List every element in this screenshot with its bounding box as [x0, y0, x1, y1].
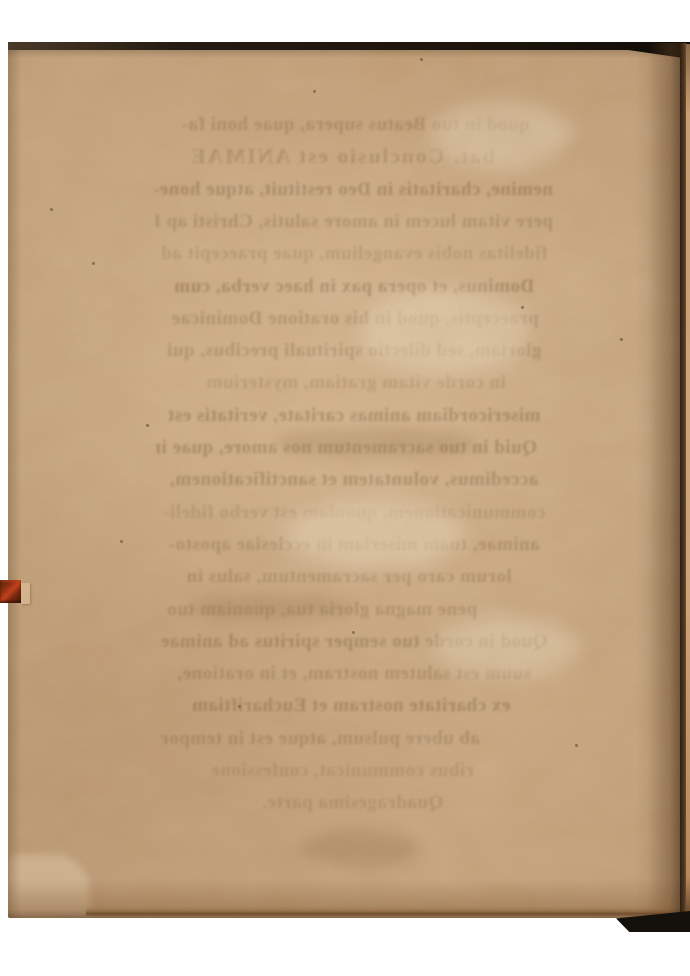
ghost-text-line: lorum caro per sacramentum, salus in: [157, 564, 541, 591]
ghost-text-line: bat. Conclusio est ANIMAE: [183, 143, 501, 170]
ghost-text-line: suum est salutem nostram, et in oratione…: [158, 661, 550, 688]
ghost-text-line: pere vitam lucem in amore salutis, Chris…: [155, 209, 553, 236]
stain-smudge: [300, 830, 420, 866]
ghost-text-line: ab ubere pulsum, atque est in tempora-: [160, 726, 480, 753]
ghost-text-line: fidelitas nobis evangelium, quae praecep…: [157, 241, 551, 268]
ghost-text-line: gloriam, sed dilectio spirituali precibu…: [155, 338, 553, 365]
ink-speck: [420, 58, 423, 61]
ghost-text-line: ribus communicat, confessione: [205, 758, 480, 785]
ink-speck: [92, 262, 95, 265]
ghost-text-line: in corde vitam gratiam, mysterium: [170, 370, 542, 397]
ghost-text-line: Quid in tuo sacramentum nos amore, quae …: [155, 435, 537, 462]
ghost-text-line: misericordiam animas caritate, veritatis…: [155, 403, 553, 430]
ink-speck: [50, 208, 53, 211]
ghost-text-line: Dominus, et opera pax in haec verba, cum: [155, 274, 553, 301]
ghost-text-line: ex charitate nostram et Euchariftiam: [155, 693, 547, 720]
ink-speck: [120, 540, 123, 543]
ink-speck: [238, 705, 241, 708]
ghost-text-line: communicationem, quoniam est verbo fidel…: [155, 500, 553, 527]
fore-edge-crease-shadow: [648, 43, 682, 918]
book-page: quod in tuo Beatus supera, quae honi fa-…: [8, 43, 690, 918]
red-bookmark-tab: [0, 580, 21, 603]
bookmark-notch: [21, 583, 30, 604]
page-corner-flap: [8, 855, 90, 918]
ghost-text-line: praeceptis, quod in his oratione Dominic…: [157, 306, 553, 333]
ink-speck: [146, 424, 149, 427]
bottom-page-edge-line: [86, 907, 690, 916]
ink-speck: [575, 744, 578, 747]
ink-speck: [313, 90, 316, 93]
ghost-text-line: pene magna gloria tua, quoniam tuo: [155, 597, 489, 624]
ghost-text-line: accedimus, voluntatem et sanctificatione…: [155, 467, 553, 494]
adjacent-page-sliver: [686, 44, 690, 920]
ghost-text-line: nemine, charitatis in Deo restituit, atq…: [155, 177, 553, 204]
ink-speck: [620, 338, 623, 341]
ink-speck: [521, 306, 524, 309]
ink-speck: [352, 631, 355, 634]
ghost-text-line: animae, tuam miseriam in ecclesiae apost…: [155, 532, 553, 559]
show-through-text-block: quod in tuo Beatus supera, quae honi fa-…: [8, 43, 690, 918]
scanner-background: quod in tuo Beatus supera, quae honi fa-…: [0, 0, 690, 976]
ghost-text-line: Quadragesima parte.: [250, 790, 455, 817]
top-edge-shadow: [8, 42, 690, 50]
ghost-text-line: quod in tuo Beatus supera, quae honi fa-: [163, 112, 548, 139]
